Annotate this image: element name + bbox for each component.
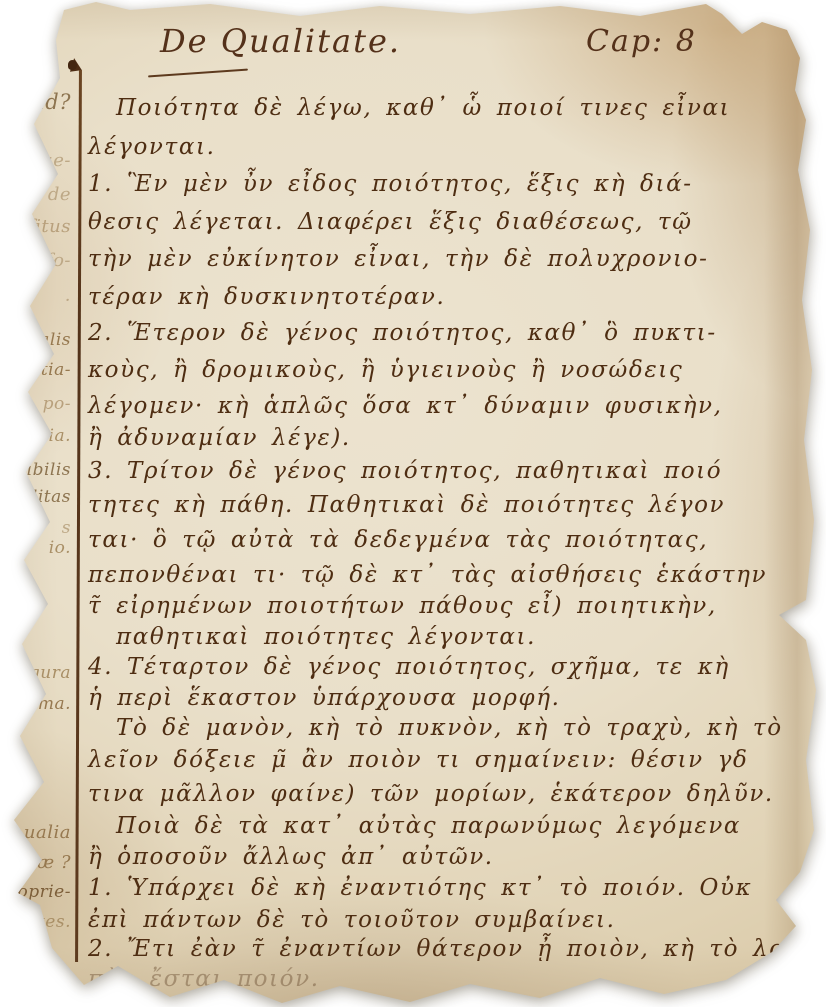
margin-note: tia. [41,426,71,446]
margin-note: gura [29,663,71,683]
text-line: ἢ ἀδυναμίαν λέγε). [88,425,351,451]
margin-rule [75,70,81,962]
margin-note: ontia- [19,360,71,380]
text-line: τ̃ εἰρημένων ποιοτήτων πάθους εἶ) ποιητι… [88,593,717,619]
margin-note: io. [49,538,71,558]
text-line: ἢ ὁποσοῦν ἄλλως ἀπ᾽ αὐτῶν. [88,844,494,870]
margin-note: uralis [19,330,71,350]
text-line: Ποιὰ δὲ τὰ κατ᾽ αὐτὰς παρωνύμως λεγόμενα [88,813,741,839]
text-line: κοὺς, ἢ δρομικοὺς, ἢ ὑγιεινοὺς ἢ νοσώδει… [88,357,683,383]
manuscript-paper: De Qualitate. Cap: 8 id?due-deſitusffo-·… [0,0,826,1007]
margin-note: ibilis [27,460,71,480]
margin-note: po- [43,394,71,414]
text-line: παθητικαὶ ποιότητες λέγονται. [88,624,536,650]
text-line: ἐπὶ πάντων δὲ τὸ τοιοῦτον συμβαίνει. [88,907,616,933]
text-line: Ποιότητα δὲ λέγω, καθ᾽ ὧ ποιοί τινες εἶν… [88,95,730,121]
paper-shadow-wrap: De Qualitate. Cap: 8 id?due-deſitusffo-·… [0,0,826,1007]
text-line: τὴν μὲν εὐκίνητον εἶναι, τὴν δὲ πολυχρον… [88,246,709,272]
text-line: 4. Τέταρτον δὲ γένος ποιότητος, σχῆμα, τ… [88,654,730,680]
margin-note: · [65,290,71,311]
margin-note: æ ? [37,852,71,873]
text-line: τητες κὴ πάθη. Παθητικαὶ δὲ ποιότητες λέ… [88,492,725,518]
margin-note: id? [38,90,71,114]
margin-note: due- [29,150,71,171]
text-line: θεσις λέγεται. Διαφέρει ἕξις διαθέσεως, … [88,209,693,235]
page-background: De Qualitate. Cap: 8 id?due-deſitusffo-·… [0,0,826,1007]
margin-note: ualia [24,822,71,843]
text-column: Ποιότητα δὲ λέγω, καθ᾽ ὧ ποιοί τινες εἶν… [88,0,812,1007]
margin-note: forma. [12,694,71,714]
text-line: 2. Ἔτι ἐὰν τ̃ ἐναντίων θάτερον ᾖ ποιὸν, … [88,936,805,962]
margin-note: s [62,518,71,538]
text-line: πὸν ἔσται ποιόν. [88,966,320,992]
margin-note: de [48,184,71,205]
text-line: ται· ὃ τῷ αὐτὰ τὰ δεδεγμένα τὰς ποιότητα… [88,527,708,553]
margin-column: id?due-deſitusffo-·uralisontia-po-tia.ib… [0,0,75,1007]
text-line: ἡ περὶ ἕκαστον ὑπάρχουσα μορφή. [88,685,561,711]
margin-note: ffo- [39,250,71,271]
text-line: 2. Ἕτερον δὲ γένος ποιότητος, καθ᾽ ὃ πυκ… [88,320,717,346]
text-line: 3. Τρίτον δὲ γένος ποιότητος, παθητικαὶ … [88,458,722,484]
text-line: λέγομεν· κὴ ἁπλῶς ὅσα κτ᾽ δύναμιν φυσικὴ… [88,393,723,419]
margin-note: Proprie- [0,882,71,902]
text-line: Τὸ δὲ μανὸν, κὴ τὸ πυκνὸν, κὴ τὸ τραχὺ, … [88,715,783,741]
text-line: τινα μᾶλλον φαίνε) τῶν μορίων, ἑκάτερον … [88,781,774,807]
text-line: πεπονθέναι τι· τῷ δὲ κτ᾽ τὰς αἰσθήσεις ἑ… [88,562,767,588]
margin-note: tes. [38,912,71,932]
text-line: τέραν κὴ δυσκινητοτέραν. [88,284,445,310]
margin-note: ſitus [28,216,71,237]
text-line: 1. Ἓν μὲν ὖν εἶδος ποιότητος, ἕξις κὴ δι… [88,171,693,197]
margin-note: alitas [21,487,71,507]
text-line: 1. Ὑπάρχει δὲ κὴ ἐναντιότης κτ᾽ τὸ ποιόν… [88,875,752,901]
text-line: λέγονται. [88,134,215,160]
text-line: λεῖον δόξειε μ̃ ἂν ποιὸν τι σημαίνειν: θ… [88,747,748,773]
